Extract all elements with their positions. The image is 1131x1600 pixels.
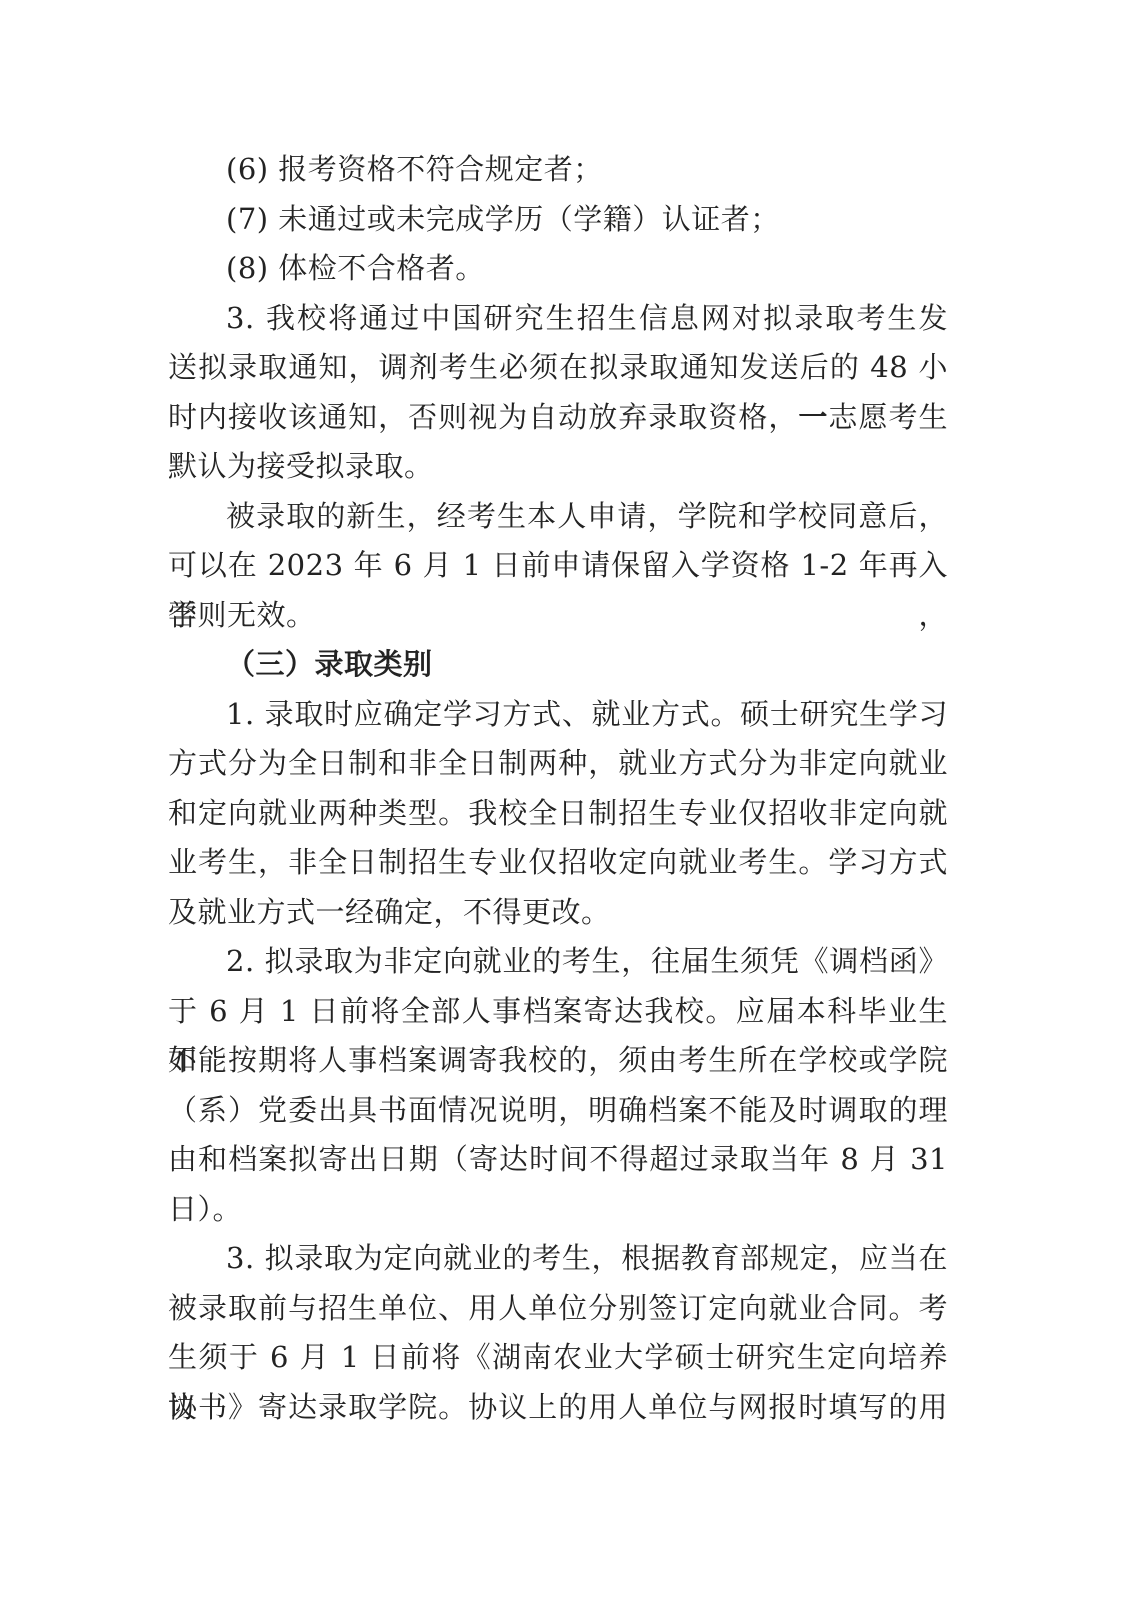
text-line: 被录取的新生，经考生本人申请，学院和学校同意后， bbox=[168, 492, 948, 542]
text-run: 2. 拟录取为非定向就业的考生，往届生须凭《调档函》 bbox=[226, 944, 948, 978]
text-run: （系）党委出具书面情况说明，明确档案不能及时调取的理 bbox=[168, 1093, 948, 1127]
text-run: 被录取的新生，经考生本人申请，学院和学校同意后， bbox=[226, 499, 948, 533]
text-run: 1. 录取时应确定学习方式、就业方式。硕士研究生学习 bbox=[226, 697, 948, 731]
text-line: （系）党委出具书面情况说明，明确档案不能及时调取的理 bbox=[168, 1086, 948, 1136]
text-line: (8) 体检不合格者。 bbox=[168, 244, 948, 294]
text-run: (8) 体检不合格者。 bbox=[226, 251, 485, 285]
text-line: 2. 拟录取为非定向就业的考生，往届生须凭《调档函》 bbox=[168, 937, 948, 987]
text-line: 由和档案拟寄出日期（寄达时间不得超过录取当年 8 月 31 bbox=[168, 1135, 948, 1185]
text-line: 被录取前与招生单位、用人单位分别签订定向就业合同。考 bbox=[168, 1284, 948, 1334]
text-run: 否则无效。 bbox=[168, 598, 316, 632]
text-run: 和定向就业两种类型。我校全日制招生专业仅招收非定向就 bbox=[168, 796, 948, 830]
text-line: 时内接收该通知，否则视为自动放弃录取资格，一志愿考生 bbox=[168, 393, 948, 443]
text-line: 生须于 6 月 1 日前将《湖南农业大学硕士研究生定向培养协 bbox=[168, 1333, 948, 1383]
text-line: 于 6 月 1 日前将全部人事档案寄达我校。应届本科毕业生如 bbox=[168, 987, 948, 1037]
section-heading: （三）录取类别 bbox=[168, 640, 948, 690]
text-run: 业考生，非全日制招生专业仅招收定向就业考生。学习方式 bbox=[168, 845, 948, 879]
text-run: 被录取前与招生单位、用人单位分别签订定向就业合同。考 bbox=[168, 1291, 948, 1325]
text-run: 送拟录取通知，调剂考生必须在拟录取通知发送后的 48 小 bbox=[168, 350, 948, 384]
text-run: 不能按期将人事档案调寄我校的，须由考生所在学校或学院 bbox=[168, 1043, 948, 1077]
text-run: （三）录取类别 bbox=[226, 647, 433, 681]
text-line: 不能按期将人事档案调寄我校的，须由考生所在学校或学院 bbox=[168, 1036, 948, 1086]
text-line: 日）。 bbox=[168, 1185, 948, 1235]
text-run: 方式分为全日制和非全日制两种，就业方式分为非定向就业 bbox=[168, 746, 948, 780]
text-run: 3. 拟录取为定向就业的考生，根据教育部规定，应当在 bbox=[226, 1241, 948, 1275]
text-block: (6) 报考资格不符合规定者；(7) 未通过或未完成学历（学籍）认证者；(8) … bbox=[168, 145, 948, 1432]
text-line: 3. 我校将通过中国研究生招生信息网对拟录取考生发 bbox=[168, 294, 948, 344]
emphasized-text: 一 bbox=[798, 400, 828, 434]
text-line: 1. 录取时应确定学习方式、就业方式。硕士研究生学习 bbox=[168, 690, 948, 740]
text-line: 议书》寄达录取学院。协议上的用人单位与网报时填写的用 bbox=[168, 1383, 948, 1433]
text-line: (6) 报考资格不符合规定者； bbox=[168, 145, 948, 195]
text-line: 业考生，非全日制招生专业仅招收定向就业考生。学习方式 bbox=[168, 838, 948, 888]
text-run: 及就业方式一经确定，不得更改。 bbox=[168, 895, 611, 929]
text-run: 时内接收该通知，否则视为自动放弃录取资格， bbox=[168, 400, 798, 434]
text-line: 方式分为全日制和非全日制两种，就业方式分为非定向就业 bbox=[168, 739, 948, 789]
text-line: 和定向就业两种类型。我校全日制招生专业仅招收非定向就 bbox=[168, 789, 948, 839]
text-run: 默认为接受拟录取。 bbox=[168, 449, 434, 483]
text-line: 及就业方式一经确定，不得更改。 bbox=[168, 888, 948, 938]
text-run: 3. 我校将通过中国研究生招生信息网对拟录取考生发 bbox=[226, 301, 948, 335]
text-run: 议书》寄达录取学院。协议上的用人单位与网报时填写的用 bbox=[168, 1390, 948, 1424]
text-run: 日）。 bbox=[168, 1192, 242, 1226]
text-run: (6) 报考资格不符合规定者； bbox=[226, 152, 603, 186]
text-line: 送拟录取通知，调剂考生必须在拟录取通知发送后的 48 小 bbox=[168, 343, 948, 393]
document-page: (6) 报考资格不符合规定者；(7) 未通过或未完成学历（学籍）认证者；(8) … bbox=[0, 0, 1131, 1600]
text-run: 由和档案拟寄出日期（寄达时间不得超过录取当年 8 月 31 bbox=[168, 1142, 948, 1176]
text-run: (7) 未通过或未完成学历（学籍）认证者； bbox=[226, 202, 780, 236]
text-line: (7) 未通过或未完成学历（学籍）认证者； bbox=[168, 195, 948, 245]
text-line: 可以在 2023 年 6 月 1 日前申请保留入学资格 1-2 年再入学， bbox=[168, 541, 948, 591]
text-line: 3. 拟录取为定向就业的考生，根据教育部规定，应当在 bbox=[168, 1234, 948, 1284]
text-run: 志愿考生 bbox=[828, 400, 948, 434]
text-line: 默认为接受拟录取。 bbox=[168, 442, 948, 492]
